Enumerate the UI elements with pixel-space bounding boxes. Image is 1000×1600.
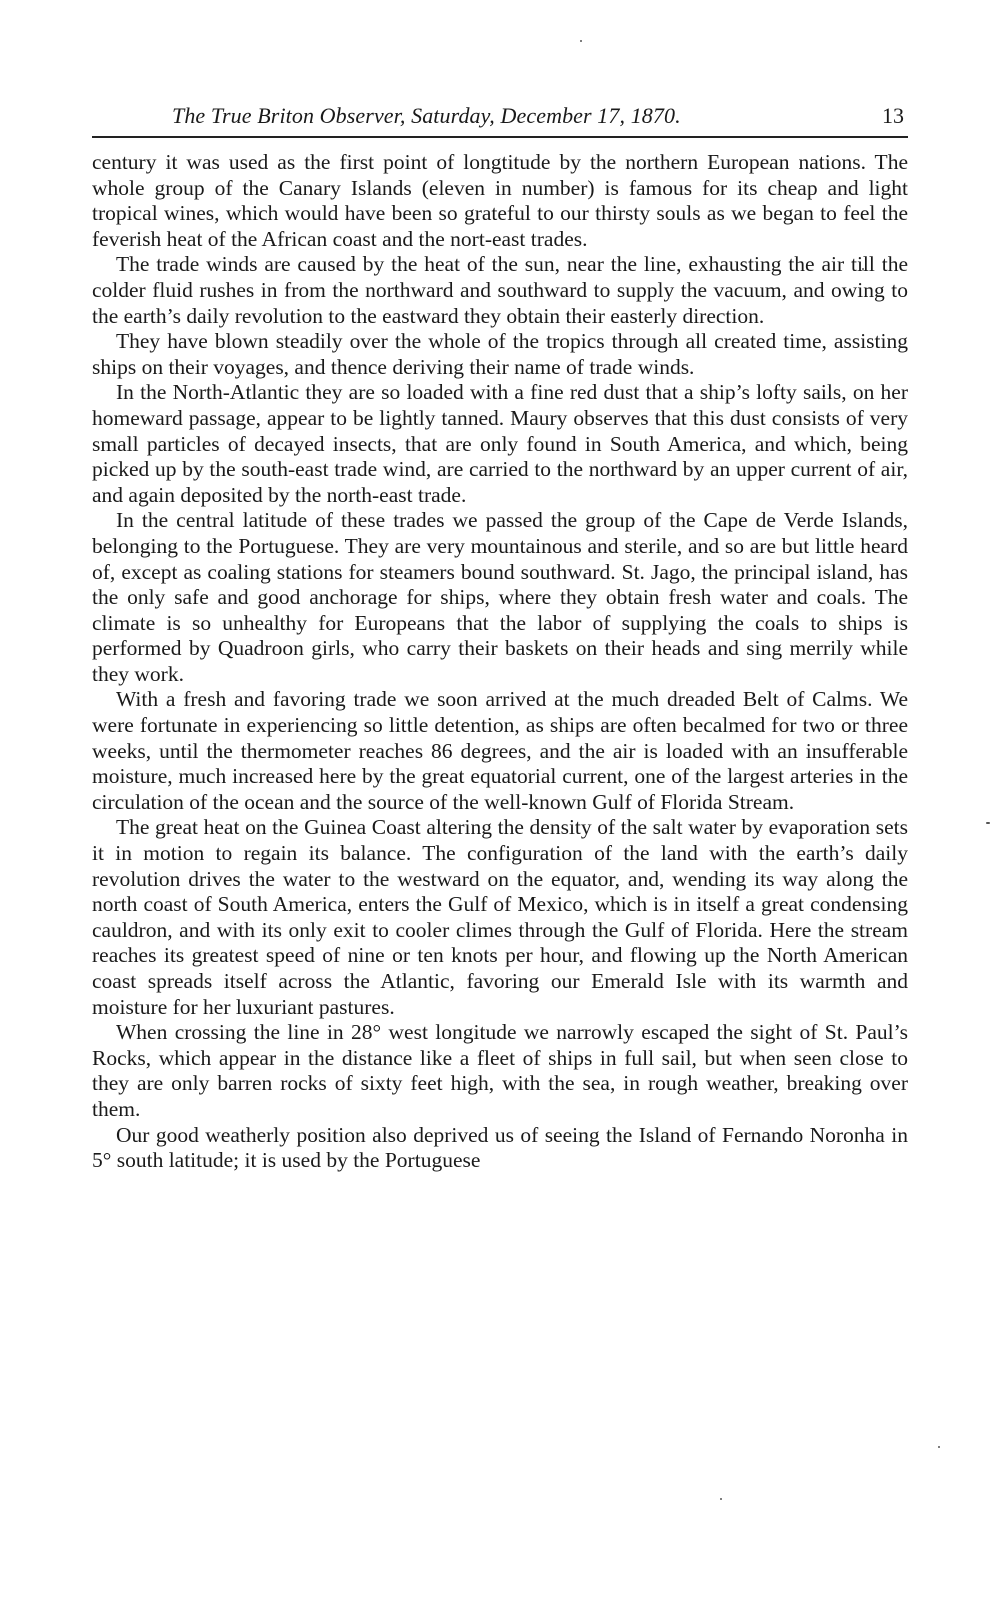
header-rule	[92, 136, 908, 138]
paragraph-cape-de-verde: In the central latitude of these trades …	[92, 508, 908, 687]
running-head: The True Briton Observer, Saturday, Dece…	[92, 103, 908, 133]
paragraph-guinea-coast: The great heat on the Guinea Coast alter…	[92, 815, 908, 1020]
paragraph-fernando-noronha: Our good weatherly position also deprive…	[92, 1123, 908, 1174]
scan-speck	[938, 1446, 940, 1448]
article-body: century it was used as the first point o…	[92, 150, 908, 1174]
paragraph-st-pauls-rocks: When crossing the line in 28° west longi…	[92, 1020, 908, 1122]
scan-speck	[720, 1498, 722, 1500]
paragraph-red-dust: In the North-Atlantic they are so loaded…	[92, 380, 908, 508]
paragraph-belt-of-calms: With a fresh and favoring trade we soon …	[92, 687, 908, 815]
scan-speck	[986, 822, 990, 824]
page-number: 13	[882, 103, 904, 129]
scan-speck	[580, 40, 582, 42]
paragraph-trade-winds-name: They have blown steadily over the whole …	[92, 329, 908, 380]
scan-speck	[93, 676, 95, 678]
paragraph-canary-islands: century it was used as the first point o…	[92, 150, 908, 252]
scan-speck	[862, 268, 864, 270]
paragraph-trade-winds-cause: The trade winds are caused by the heat o…	[92, 252, 908, 329]
running-title: The True Briton Observer, Saturday, Dece…	[172, 103, 681, 129]
